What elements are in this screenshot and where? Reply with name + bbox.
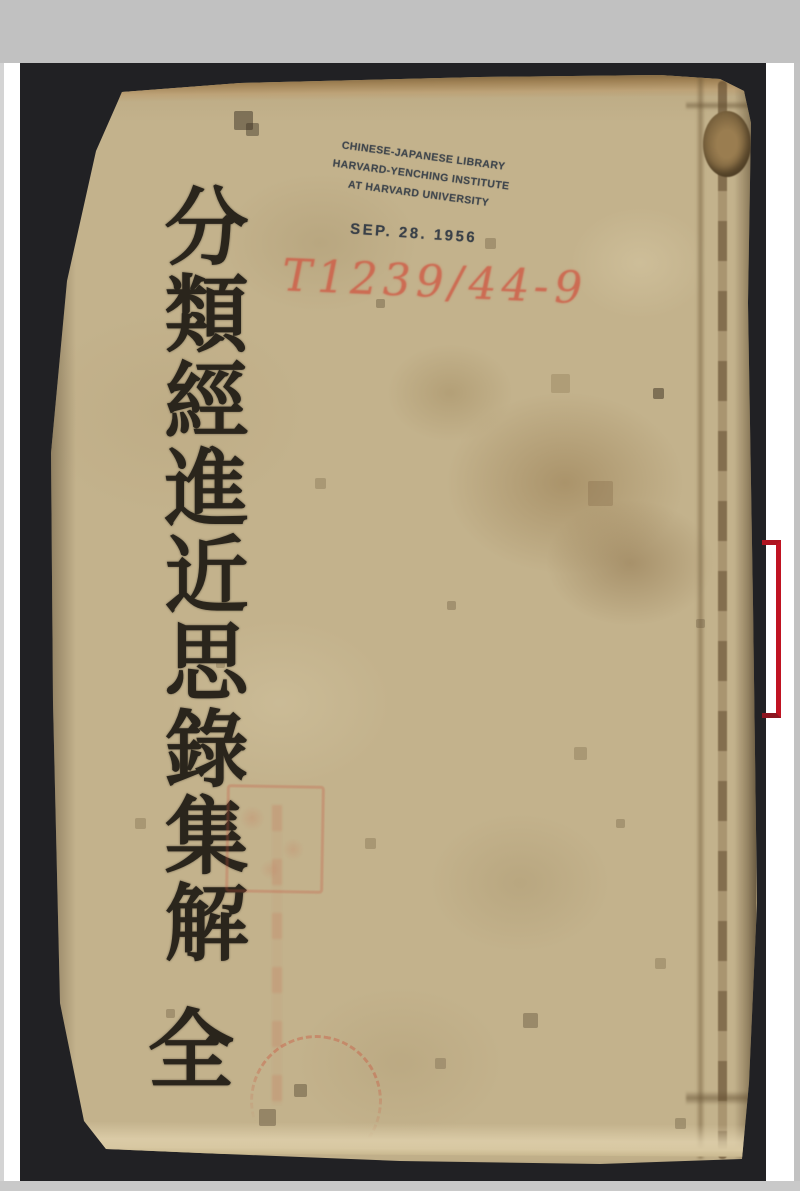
library-ownership-stamp: CHINESE-JAPANESE LIBRARY HARVARD-YENCHIN… <box>323 135 519 216</box>
book-left-edge-shadow <box>48 133 76 1143</box>
book-cover: 分類經進近思錄集解 全 CHINESE-JAPANESE LIBRARY HAR… <box>20 63 766 1181</box>
book-top-page-edges <box>90 69 752 102</box>
spine-fold-shadow <box>734 75 756 1161</box>
scanner-bottom-band <box>0 1181 800 1191</box>
accession-date-stamp: SEP. 28. 1956 <box>350 221 478 247</box>
spine-crease <box>696 77 705 1159</box>
handwritten-call-number: T1239/44-9 <box>277 250 687 318</box>
binding-knot <box>703 111 751 177</box>
book-bottom-page-edges <box>86 1121 750 1156</box>
volume-label-calligraphy: 全 <box>148 981 234 1105</box>
top-right-crease <box>686 101 752 110</box>
bottom-right-crease <box>686 1091 758 1105</box>
book-photo-area: 分類經進近思錄集解 全 CHINESE-JAPANESE LIBRARY HAR… <box>20 63 766 1181</box>
red-crop-bracket-mark <box>762 540 781 718</box>
scanner-top-band <box>0 0 800 63</box>
scan-right-edge-line <box>794 63 800 1181</box>
scan-left-edge-line <box>0 63 4 1181</box>
spine-stitching-thread <box>718 81 727 1159</box>
paper-speckles <box>20 63 21 64</box>
